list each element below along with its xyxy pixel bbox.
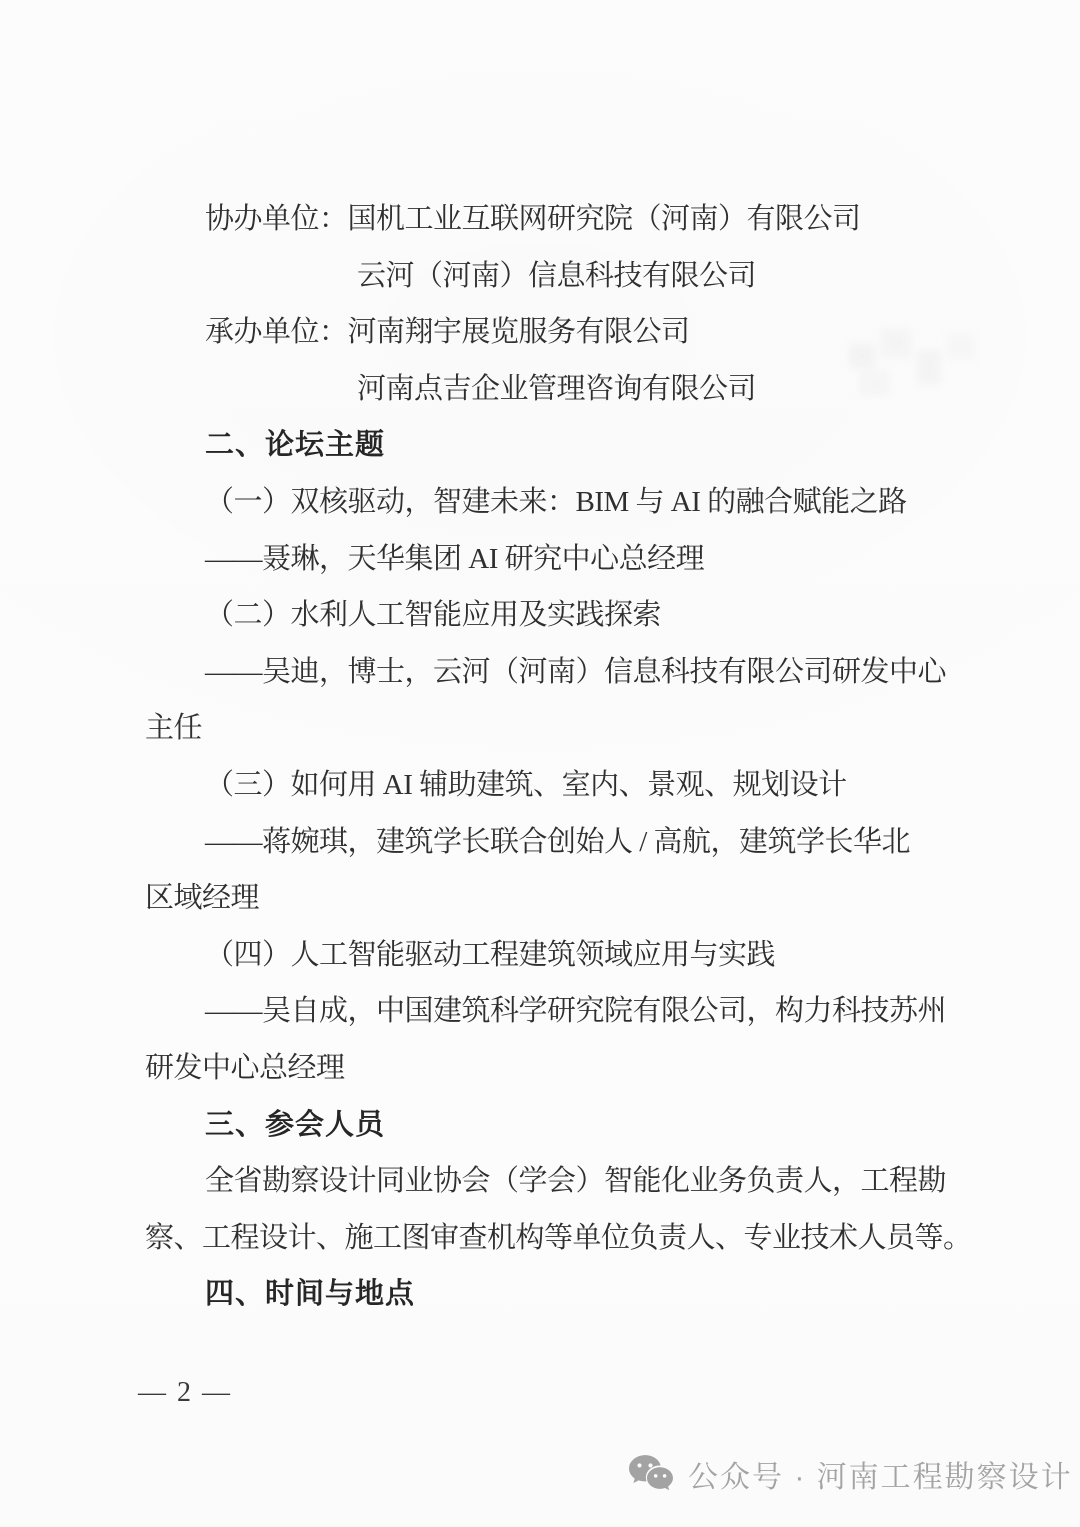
document-body: 协办单位：国机工业互联网研究院（河南）有限公司 云河（河南）信息科技有限公司 承… (145, 191, 960, 1323)
watermark-text: 公众号 · 河南工程勘察设计 (688, 1452, 1073, 1496)
section-heading-time-place: 四、时间与地点 (145, 1266, 960, 1323)
topic-2-speaker: ——吴迪，博士，云河（河南）信息科技有限公司研发中心 (145, 644, 960, 701)
topic-4-speaker: ——吴自成，中国建筑科学研究院有限公司，构力科技苏州 (145, 983, 960, 1040)
participants-line-2: 察、工程设计、施工图审查机构等单位负责人、专业技术人员等。 (145, 1210, 960, 1267)
co-organizer-line-2: 云河（河南）信息科技有限公司 (145, 248, 960, 305)
topic-3-title: （三）如何用 AI 辅助建筑、室内、景观、规划设计 (145, 757, 960, 814)
section-heading-forum-topics: 二、论坛主题 (145, 417, 960, 474)
topic-3-speaker-cont: 区域经理 (145, 870, 960, 927)
topic-2-title: （二）水利人工智能应用及实践探索 (145, 587, 960, 644)
watermark: 公众号 · 河南工程勘察设计 (628, 1452, 1073, 1496)
topic-2-speaker-cont: 主任 (145, 700, 960, 757)
topic-4-speaker-cont: 研发中心总经理 (145, 1040, 960, 1097)
topic-4-title: （四）人工智能驱动工程建筑领域应用与实践 (145, 927, 960, 984)
undertaker-line: 承办单位：河南翔宇展览服务有限公司 (145, 304, 960, 361)
document-page: 协办单位：国机工业互联网研究院（河南）有限公司 云河（河南）信息科技有限公司 承… (0, 0, 1080, 1527)
wechat-icon (628, 1454, 674, 1494)
undertaker-line-2: 河南点吉企业管理咨询有限公司 (145, 361, 960, 418)
section-heading-participants: 三、参会人员 (145, 1097, 960, 1154)
topic-1-title: （一）双核驱动，智建未来：BIM 与 AI 的融合赋能之路 (145, 474, 960, 531)
participants-line-1: 全省勘察设计同业协会（学会）智能化业务负责人，工程勘 (145, 1153, 960, 1210)
page-number: — 2 — (138, 1377, 232, 1409)
topic-1-speaker: ——聂琳，天华集团 AI 研究中心总经理 (145, 531, 960, 588)
co-organizer-line: 协办单位：国机工业互联网研究院（河南）有限公司 (145, 191, 960, 248)
topic-3-speaker: ——蒋婉琪，建筑学长联合创始人 / 高航，建筑学长华北 (145, 814, 960, 871)
